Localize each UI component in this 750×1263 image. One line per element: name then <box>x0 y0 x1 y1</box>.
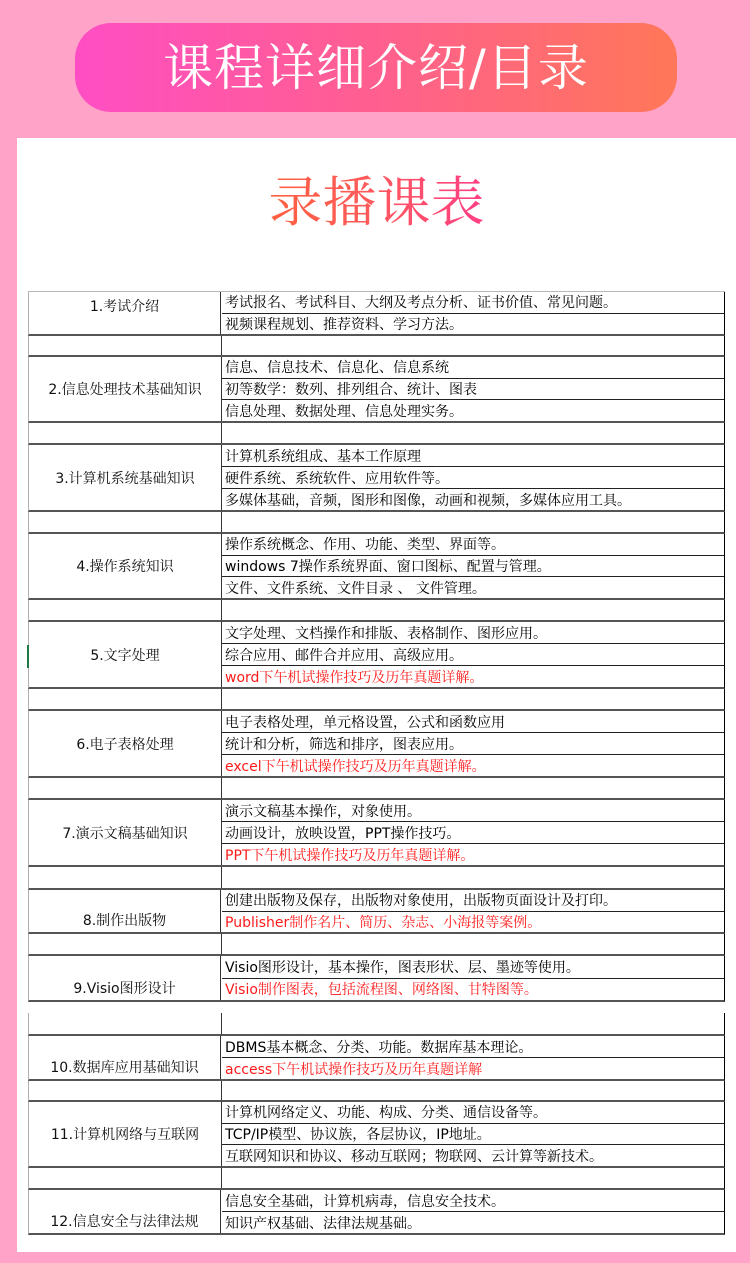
topic-item-highlight[interactable]: PPT下午机试操作技巧及历年真题详解。 <box>222 844 724 865</box>
course-section: 10.数据库应用基础知识DBMS基本概念、分类、功能。数据库基本理论。acces… <box>28 1036 725 1081</box>
topic-item[interactable]: Visio图形设计，基本操作，图表形状、层、墨迹等使用。 <box>222 956 724 979</box>
topic-item[interactable]: 初等数学：数列、排列组合、统计、图表 <box>222 379 724 401</box>
spacer-row <box>28 934 725 956</box>
section-items: 信息、信息技术、信息化、信息系统初等数学：数列、排列组合、统计、图表信息处理、数… <box>222 357 724 421</box>
topic-item[interactable]: 信息、信息技术、信息化、信息系统 <box>222 357 724 379</box>
course-section: 8.制作出版物创建出版物及保存，出版物对象使用，出版物页面设计及打印。Publi… <box>28 890 725 934</box>
course-section: 12.信息安全与法律法规信息安全基础，计算机病毒，信息安全技术。知识产权基础、法… <box>28 1190 725 1235</box>
topic-item[interactable]: 视频课程规划、推荐资料、学习方法。 <box>222 314 724 335</box>
course-section: 5.文字处理文字处理、文档操作和排版、表格制作、图形应用。综合应用、邮件合并应用… <box>28 622 725 689</box>
topic-item[interactable]: 计算机网络定义、功能、构成、分类、通信设备等。 <box>222 1102 724 1124</box>
section-items: 电子表格处理，单元格设置，公式和函数应用统计和分析，筛选和排序，图表应用。exc… <box>222 711 724 776</box>
section-title-cell[interactable] <box>29 1081 222 1100</box>
section-title-cell[interactable] <box>29 1013 222 1034</box>
section-title-cell[interactable] <box>29 778 222 798</box>
topic-item[interactable]: DBMS基本概念、分类、功能。数据库基本理论。 <box>222 1036 724 1058</box>
section-items: 操作系统概念、作用、功能、类型、界面等。windows 7操作系统界面、窗口图标… <box>222 534 724 598</box>
header-banner: 课程详细介绍/目录 <box>75 23 677 112</box>
empty-cell[interactable] <box>222 600 724 620</box>
empty-cell[interactable] <box>222 423 724 443</box>
topic-item[interactable]: 文字处理、文档操作和排版、表格制作、图形应用。 <box>222 622 724 644</box>
spacer-row <box>28 423 725 445</box>
cell-cursor-marker <box>27 645 29 668</box>
topic-item[interactable]: 演示文稿基本操作，对象使用。 <box>222 800 724 822</box>
topic-item[interactable]: 计算机系统组成、基本工作原理 <box>222 445 724 467</box>
topic-item-highlight[interactable]: word下午机试操作技巧及历年真题详解。 <box>222 666 724 687</box>
course-section: 7.演示文稿基础知识演示文稿基本操作，对象使用。动画设计，放映设置，PPT操作技… <box>28 800 725 867</box>
section-title-cell[interactable] <box>29 512 222 532</box>
topic-item[interactable]: 互联网知识和协议、移动互联网；物联网、云计算等新技术。 <box>222 1145 724 1166</box>
empty-cell[interactable] <box>222 1013 724 1034</box>
spacer-row <box>28 1168 725 1190</box>
section-title-cell[interactable]: 9.Visio图形设计 <box>29 956 221 1000</box>
topic-item[interactable]: 操作系统概念、作用、功能、类型、界面等。 <box>222 534 724 556</box>
section-items <box>222 1081 724 1100</box>
section-items: 创建出版物及保存，出版物对象使用，出版物页面设计及打印。Publisher制作名… <box>222 890 724 932</box>
section-title-cell[interactable] <box>29 934 222 954</box>
section-items <box>222 600 724 620</box>
header-title: 课程详细介绍/目录 <box>163 43 589 93</box>
section-title-cell[interactable] <box>29 423 222 443</box>
empty-cell[interactable] <box>222 778 724 798</box>
topic-item[interactable]: 综合应用、邮件合并应用、高级应用。 <box>222 644 724 666</box>
topic-item[interactable]: 信息处理、数据处理、信息处理实务。 <box>222 400 724 421</box>
section-title-cell[interactable]: 3.计算机系统基础知识 <box>29 445 222 510</box>
section-items: 文字处理、文档操作和排版、表格制作、图形应用。综合应用、邮件合并应用、高级应用。… <box>222 622 724 687</box>
section-title-cell[interactable]: 7.演示文稿基础知识 <box>29 800 222 865</box>
empty-cell[interactable] <box>222 867 724 888</box>
section-title-cell[interactable]: 12.信息安全与法律法规 <box>29 1190 221 1233</box>
section-items: 演示文稿基本操作，对象使用。动画设计，放映设置，PPT操作技巧。PPT下午机试操… <box>222 800 724 865</box>
spacer-row <box>28 336 725 357</box>
course-section: 11.计算机网络与互联网计算机网络定义、功能、构成、分类、通信设备等。TCP/I… <box>28 1102 725 1168</box>
course-section: 4.操作系统知识操作系统概念、作用、功能、类型、界面等。windows 7操作系… <box>28 534 725 600</box>
section-items: Visio图形设计，基本操作，图表形状、层、墨迹等使用。Visio制作图表，包括… <box>222 956 724 1000</box>
spacer-row <box>28 778 725 800</box>
course-section: 2.信息处理技术基础知识信息、信息技术、信息化、信息系统初等数学：数列、排列组合… <box>28 357 725 423</box>
topic-item[interactable]: 硬件系统、系统软件、应用软件等。 <box>222 467 724 489</box>
section-title-cell[interactable]: 10.数据库应用基础知识 <box>29 1036 221 1079</box>
course-section: 3.计算机系统基础知识计算机系统组成、基本工作原理硬件系统、系统软件、应用软件等… <box>28 445 725 512</box>
section-items <box>222 423 724 443</box>
section-title-cell[interactable]: 1.考试介绍 <box>29 292 221 334</box>
section-items <box>222 1013 724 1034</box>
section-items: 考试报名、考试科目、大纲及考点分析、证书价值、常见问题。视频课程规划、推荐资料、… <box>222 292 724 334</box>
topic-item[interactable]: 信息安全基础，计算机病毒，信息安全技术。 <box>222 1190 724 1212</box>
topic-item-highlight[interactable]: Visio制作图表，包括流程图、网络图、甘特图等。 <box>222 979 724 1001</box>
topic-item-highlight[interactable]: Publisher制作名片、简历、杂志、小海报等案例。 <box>222 912 724 933</box>
topic-item[interactable]: TCP/IP模型、协议族，各层协议，IP地址。 <box>222 1124 724 1146</box>
topic-item[interactable]: 动画设计，放映设置，PPT操作技巧。 <box>222 822 724 844</box>
empty-cell[interactable] <box>222 934 724 954</box>
card-title-text: 录播课表 <box>269 171 485 234</box>
topic-item[interactable]: windows 7操作系统界面、窗口图标、配置与管理。 <box>222 556 724 578</box>
topic-item[interactable]: 文件、文件系统、文件目录 、 文件管理。 <box>222 577 724 598</box>
spacer-row <box>28 1081 725 1102</box>
topic-item[interactable]: 电子表格处理，单元格设置，公式和函数应用 <box>222 711 724 733</box>
section-items: 计算机系统组成、基本工作原理硬件系统、系统软件、应用软件等。多媒体基础，音频，图… <box>222 445 724 510</box>
section-title-cell[interactable] <box>29 867 222 888</box>
section-title-cell[interactable] <box>29 600 222 620</box>
section-title-cell[interactable] <box>29 1168 222 1188</box>
course-section: 9.Visio图形设计Visio图形设计，基本操作，图表形状、层、墨迹等使用。V… <box>28 956 725 1002</box>
section-items: 计算机网络定义、功能、构成、分类、通信设备等。TCP/IP模型、协议族，各层协议… <box>222 1102 724 1166</box>
spacer-row <box>28 689 725 711</box>
topic-item-highlight[interactable]: access下午机试操作技巧及历年真题详解 <box>222 1058 724 1079</box>
card-title: 录播课表 <box>17 168 736 238</box>
topic-item[interactable]: 知识产权基础、法律法规基础。 <box>222 1212 724 1233</box>
section-title-cell[interactable] <box>29 689 222 709</box>
section-items <box>222 689 724 709</box>
section-items <box>222 867 724 888</box>
section-title-cell[interactable]: 5.文字处理 <box>29 622 222 687</box>
spacer-row <box>28 600 725 622</box>
topic-item[interactable]: 考试报名、考试科目、大纲及考点分析、证书价值、常见问题。 <box>222 292 724 314</box>
section-items: DBMS基本概念、分类、功能。数据库基本理论。access下午机试操作技巧及历年… <box>222 1036 724 1079</box>
section-title-cell[interactable] <box>29 336 222 355</box>
course-section: 1.考试介绍考试报名、考试科目、大纲及考点分析、证书价值、常见问题。视频课程规划… <box>28 292 725 336</box>
topic-item[interactable]: 创建出版物及保存，出版物对象使用，出版物页面设计及打印。 <box>222 890 724 912</box>
empty-cell[interactable] <box>222 689 724 709</box>
section-title-cell[interactable]: 2.信息处理技术基础知识 <box>29 357 222 421</box>
course-section: 6.电子表格处理电子表格处理，单元格设置，公式和函数应用统计和分析，筛选和排序，… <box>28 711 725 778</box>
section-items <box>222 778 724 798</box>
section-title-cell[interactable]: 4.操作系统知识 <box>29 534 222 598</box>
section-title-cell[interactable]: 6.电子表格处理 <box>29 711 222 776</box>
empty-cell[interactable] <box>222 1168 724 1188</box>
section-items <box>222 934 724 954</box>
spacer-row <box>28 1013 725 1036</box>
section-title-cell[interactable]: 11.计算机网络与互联网 <box>29 1102 222 1166</box>
spacer-row <box>28 867 725 890</box>
topic-item-highlight[interactable]: excel下午机试操作技巧及历年真题详解。 <box>222 755 724 776</box>
section-items <box>222 336 724 355</box>
section-items: 信息安全基础，计算机病毒，信息安全技术。知识产权基础、法律法规基础。 <box>222 1190 724 1233</box>
empty-cell[interactable] <box>222 336 724 355</box>
section-title-cell[interactable]: 8.制作出版物 <box>29 890 221 932</box>
section-items <box>222 512 724 532</box>
section-items <box>222 1168 724 1188</box>
spacer-row <box>28 512 725 534</box>
topic-item[interactable]: 多媒体基础，音频，图形和图像，动画和视频，多媒体应用工具。 <box>222 489 724 510</box>
topic-item[interactable]: 统计和分析，筛选和排序，图表应用。 <box>222 733 724 755</box>
empty-cell[interactable] <box>222 1081 724 1100</box>
empty-cell[interactable] <box>222 512 724 532</box>
